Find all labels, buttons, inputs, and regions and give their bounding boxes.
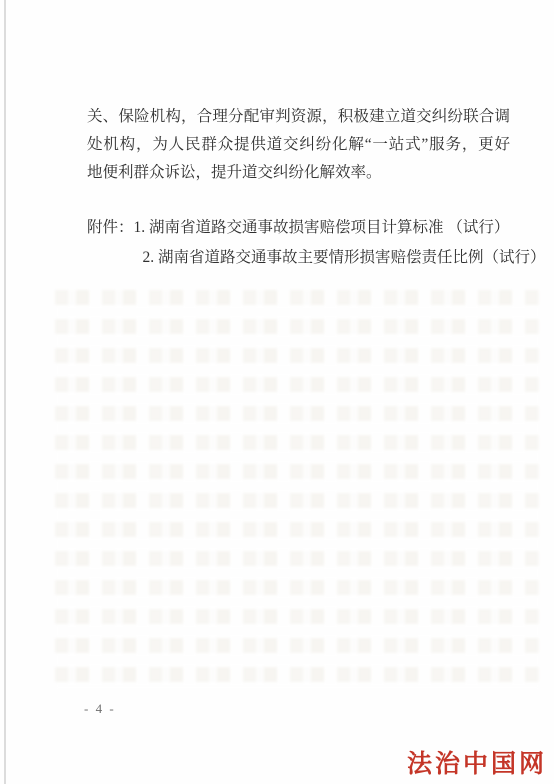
paragraph-line-3: 地便利群众诉讼，提升道交纠纷化解效率。 bbox=[87, 159, 510, 187]
attachments-list: 1. 湖南省道路交通事故损害赔偿项目计算标准 （试行） 2. 湖南省道路交通事故… bbox=[134, 213, 546, 273]
site-watermark-text: 法治中国网 bbox=[407, 744, 547, 780]
scanned-document-page: 关、保险机构，合理分配审判资源，积极建立道交纠纷联合调 处机构，为人民群众提供道… bbox=[0, 0, 554, 784]
document-body: 关、保险机构，合理分配审判资源，积极建立道交纠纷联合调 处机构，为人民群众提供道… bbox=[87, 103, 510, 273]
attachments-block: 附件： 1. 湖南省道路交通事故损害赔偿项目计算标准 （试行） 2. 湖南省道路… bbox=[87, 213, 510, 273]
page-number: - 4 - bbox=[84, 701, 116, 717]
attachments-label: 附件： bbox=[87, 213, 134, 243]
attachment-item-1: 1. 湖南省道路交通事故损害赔偿项目计算标准 （试行） bbox=[134, 213, 546, 243]
ink-bleedthrough-artifact bbox=[55, 290, 540, 690]
attachment-item-2: 2. 湖南省道路交通事故主要情形损害赔偿责任比例（试行） bbox=[143, 243, 546, 273]
paragraph-line-2: 处机构，为人民群众提供道交纠纷化解“一站式”服务，更好 bbox=[87, 131, 510, 159]
paragraph-line-1: 关、保险机构，合理分配审判资源，积极建立道交纠纷联合调 bbox=[87, 103, 510, 131]
scan-edge-line bbox=[4, 0, 6, 784]
